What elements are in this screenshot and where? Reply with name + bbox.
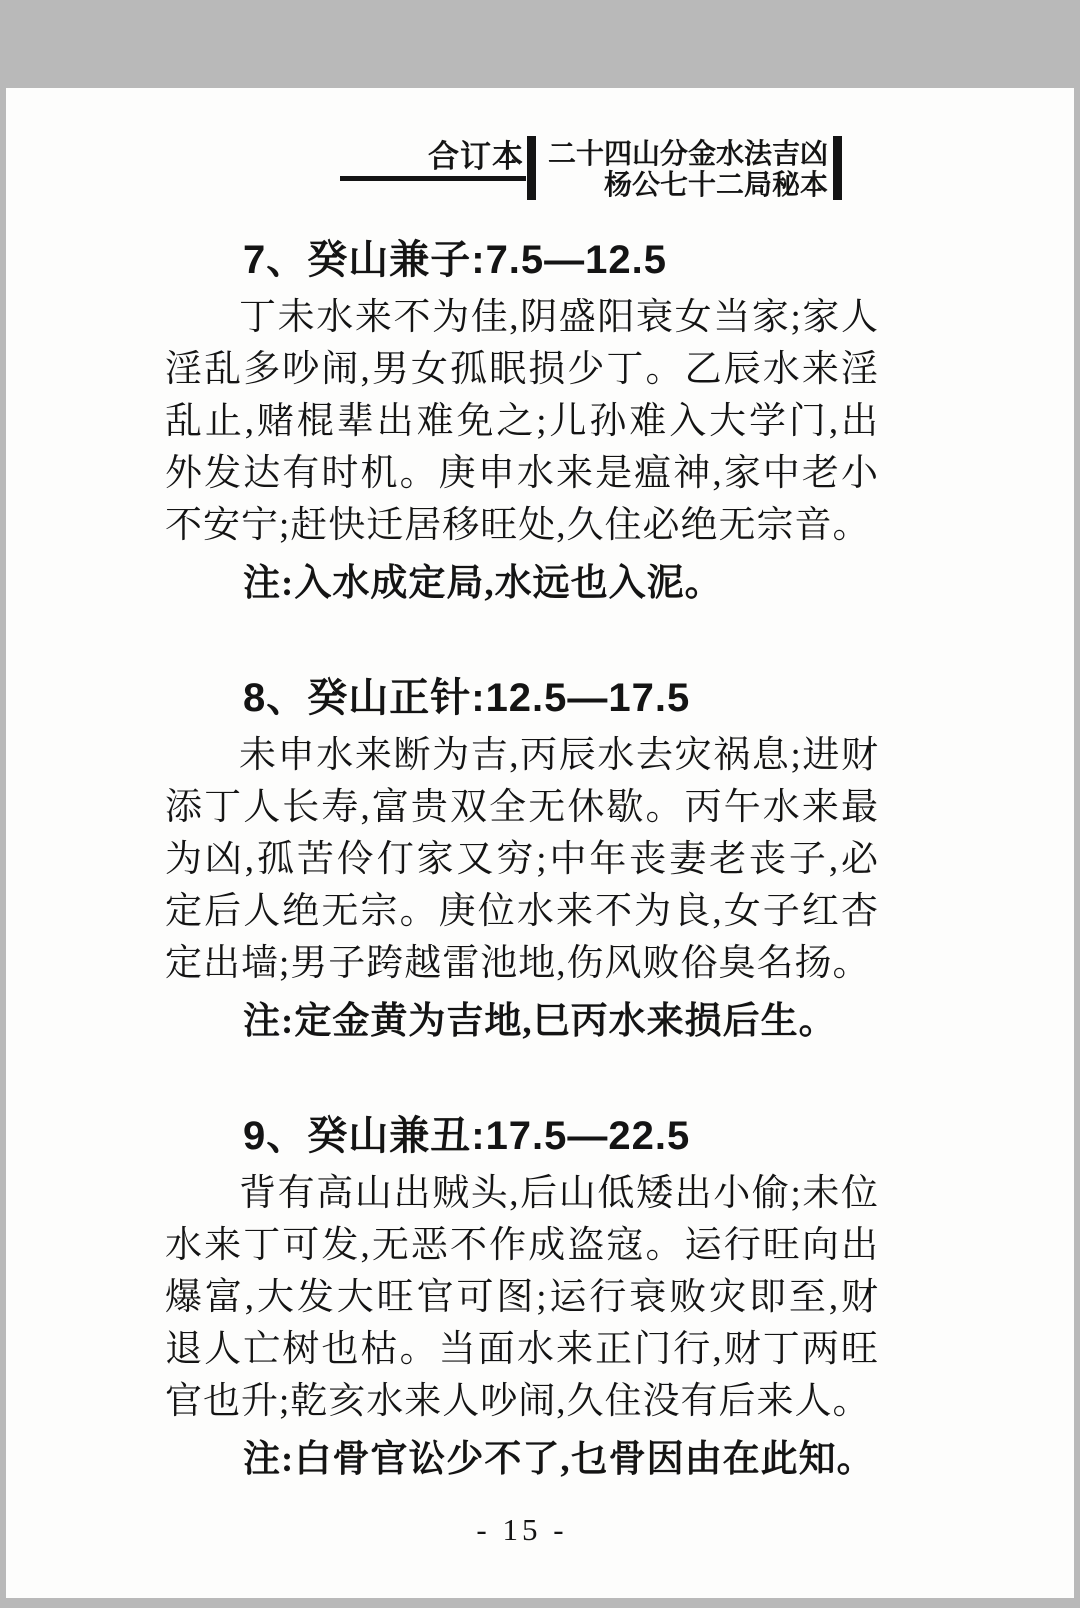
text-column: 7、癸山兼子:7.5—12.5 丁未水来不为佳,阴盛阳衰女当家;家人淫乱多吵闹,… [165,236,879,1486]
section-8-body: 未申水来断为吉,丙辰水去灾祸息;进财添丁人长寿,富贵双全无休歇。丙午水来最为凶,… [165,730,879,990]
section-7-note: 注:入水成定局,水远也入泥。 [243,558,879,610]
running-title-line2: 杨公七十二局秘本 [538,169,828,200]
section-9-body: 背有高山出贼头,后山低矮出小偷;未位水来丁可发,无恶不作成盗寇。运行旺向出爆富,… [165,1168,879,1428]
header-divider-right [833,136,842,200]
section-9-heading: 9、癸山兼丑:17.5—22.5 [243,1112,879,1160]
running-title-line1: 二十四山分金水法吉凶 [538,138,828,169]
section-8-note: 注:定金黄为吉地,巳丙水来损后生。 [243,996,879,1048]
book-page: 合订本 二十四山分金水法吉凶 杨公七十二局秘本 7、癸山兼子:7.5—12.5 … [6,88,1074,1598]
section-7-heading: 7、癸山兼子:7.5—12.5 [243,236,879,284]
scan-background: { "colors": { "canvas_bg": "#b9b9b9", "p… [0,0,1080,1608]
section-7-body: 丁未水来不为佳,阴盛阳衰女当家;家人淫乱多吵闹,男女孤眠损少丁。乙辰水来淫乱止,… [165,292,879,552]
section-8-heading: 8、癸山正针:12.5—17.5 [243,674,879,722]
header-rule [340,176,526,181]
section-8: 8、癸山正针:12.5—17.5 未申水来断为吉,丙辰水去灾祸息;进财添丁人长寿… [165,674,879,1048]
section-9-note: 注:白骨官讼少不了,乜骨因由在此知。 [243,1434,879,1486]
section-7: 7、癸山兼子:7.5—12.5 丁未水来不为佳,阴盛阳衰女当家;家人淫乱多吵闹,… [165,236,879,610]
header-divider-left [527,136,536,200]
section-9: 9、癸山兼丑:17.5—22.5 背有高山出贼头,后山低矮出小偷;未位水来丁可发… [165,1112,879,1486]
edition-label: 合订本 [306,140,524,174]
page-number: - 15 - [165,1512,879,1548]
running-title: 二十四山分金水法吉凶 杨公七十二局秘本 [538,138,828,200]
